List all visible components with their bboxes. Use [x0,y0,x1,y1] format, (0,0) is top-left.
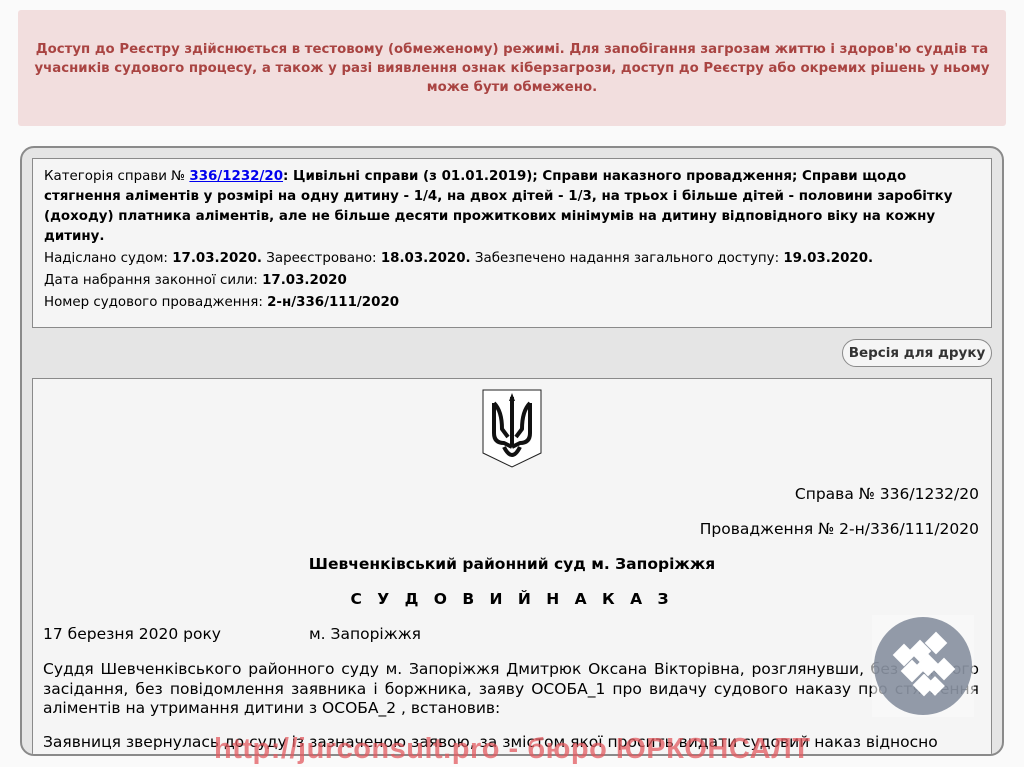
decision-container: Категорія справи № 336/1232/20: Цивільні… [20,146,1004,756]
print-version-button[interactable]: Версія для друку [842,339,992,367]
document-title: С У Д О В И Й Н А К А З [33,590,991,608]
accessibility-widget-button[interactable] [872,615,974,717]
effective-date-line: Дата набрання законної сили: 17.03.2020 [44,271,980,291]
site-watermark: http://jurconsult.pro - бюро ЮРКОНСАЛТ [214,733,810,766]
case-category: Категорія справи № 336/1232/20: Цивільні… [44,167,980,247]
proceeding-number: 2-н/336/111/2020 [267,295,399,310]
decision-document: Справа № 336/1232/20 Провадження № 2-н/3… [32,378,992,756]
sent-date: 17.03.2020. [172,251,262,266]
registered-date: 18.03.2020. [381,251,471,266]
document-city: м. Запоріжжя [309,625,421,643]
effective-date: 17.03.2020 [262,273,347,288]
case-info-panel: Категорія справи № 336/1232/20: Цивільні… [32,158,992,328]
date-and-city: 17 березня 2020 рокум. Запоріжжя [43,625,421,643]
case-dates: Надіслано судом: 17.03.2020. Зареєстрова… [44,249,980,269]
access-notice-text: Доступ до Реєстру здійснюється в тестово… [34,40,990,97]
case-number-link[interactable]: 336/1232/20 [189,169,283,184]
proceeding-number-line: Номер судового провадження: 2-н/336/111/… [44,293,980,313]
accessibility-puzzle-icon [874,617,972,715]
document-date: 17 березня 2020 року [43,625,221,643]
ukraine-trident-emblem-icon [482,389,542,469]
document-case-number: Справа № 336/1232/20 [795,485,979,503]
court-name: Шевченківський районний суд м. Запоріжжя [33,555,991,573]
public-access-date: 19.03.2020. [783,251,873,266]
access-notice-banner: Доступ до Реєстру здійснюється в тестово… [18,10,1006,126]
document-proceeding-number: Провадження № 2-н/336/111/2020 [700,520,979,538]
document-paragraph: Суддя Шевченківського районного суду м. … [43,660,979,719]
